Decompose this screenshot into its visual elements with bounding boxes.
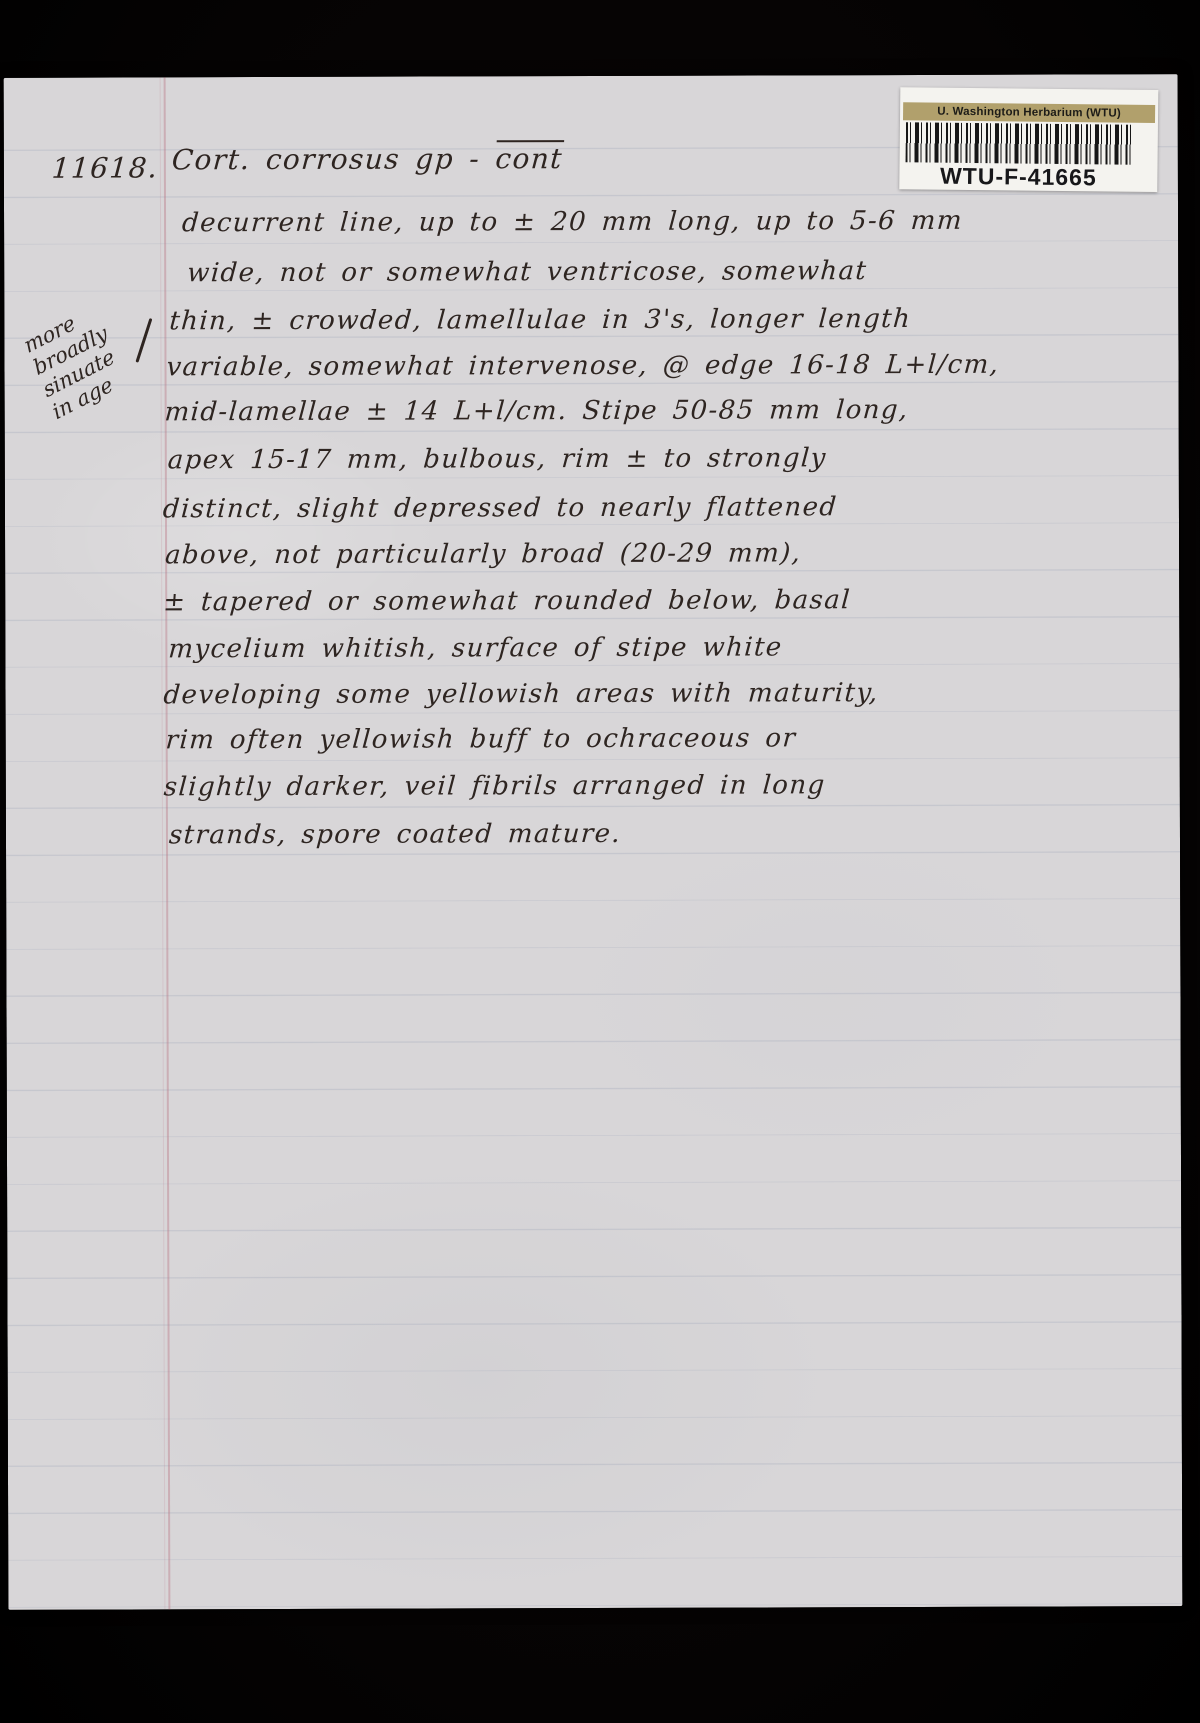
note-title-prefix: Cort. corrosus gp -	[171, 142, 497, 176]
handwritten-line: developing some yellowish areas with mat…	[163, 678, 880, 710]
barcode-graphic	[906, 122, 1134, 164]
herbarium-barcode-label: U. Washington Herbarium (WTU) WTU-F-4166…	[899, 87, 1158, 192]
margin-annotation: more broadly sinuate in age	[20, 299, 130, 424]
label-accession-number: WTU-F-41665	[899, 163, 1137, 190]
handwritten-line: mid-lamellae ± 14 L+l/cm. Stipe 50-85 mm…	[164, 395, 910, 427]
handwritten-line: decurrent line, up to ± 20 mm long, up t…	[181, 206, 964, 238]
scan-background: U. Washington Herbarium (WTU) WTU-F-4166…	[0, 0, 1200, 1723]
handwritten-line: wide, not or somewhat ventricose, somewh…	[186, 256, 868, 288]
handwritten-line: ± tapered or somewhat rounded below, bas…	[162, 585, 852, 617]
handwritten-line: slightly darker, veil fibrils arranged i…	[163, 770, 827, 802]
note-title: Cort. corrosus gp - cont	[171, 142, 564, 176]
margin-tick-mark	[135, 318, 152, 363]
handwritten-line: apex 15-17 mm, bulbous, rim ± to strongl…	[167, 443, 828, 475]
note-title-abbrev: cont	[494, 142, 564, 175]
handwritten-line: strands, spore coated mature.	[168, 819, 622, 850]
label-institution-text: U. Washington Herbarium (WTU)	[903, 102, 1155, 123]
collection-number: 11618.	[51, 151, 160, 184]
handwritten-line: variable, somewhat intervenose, @ edge 1…	[166, 350, 1001, 383]
handwritten-line: mycelium whitish, surface of stipe white	[167, 632, 783, 664]
notebook-page: U. Washington Herbarium (WTU) WTU-F-4166…	[4, 74, 1183, 1610]
handwritten-line: distinct, slight depressed to nearly fla…	[162, 492, 839, 524]
handwritten-line: above, not particularly broad (20-29 mm)…	[164, 538, 802, 570]
handwritten-line: thin, ± crowded, lamellulae in 3's, long…	[168, 304, 912, 336]
handwritten-line: rim often yellowish buff to ochraceous o…	[165, 723, 798, 755]
